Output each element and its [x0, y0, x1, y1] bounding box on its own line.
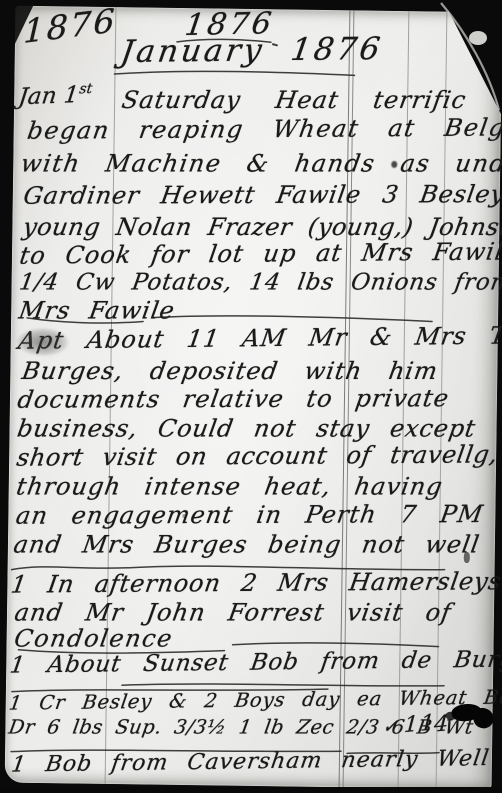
ledger-amount-shillings: 11 [403, 711, 437, 738]
diary-line: with Machine & hands as under [19, 151, 502, 177]
notebook-page: 1876 1876 January 1876 Jan 1st Saturday … [5, 6, 502, 790]
diary-scan: { "document": { "margin_year": "1876", "… [0, 0, 502, 793]
page-month-heading: January 1876 [119, 32, 385, 69]
diary-line: Mrs Fawile [17, 298, 177, 324]
diary-line: through intense heat, having [15, 474, 445, 500]
edge-mark [464, 552, 470, 563]
diary-line: and Mrs Burges being not well [12, 532, 482, 558]
diary-line: Burges, deposited with him [20, 358, 440, 384]
entry-date-label: Jan 1st [17, 82, 93, 111]
ink-speck [391, 161, 397, 168]
diary-line: business, Could not stay except [15, 416, 477, 442]
entry-date-day: Jan 1 [17, 82, 80, 110]
diary-line: Apt About 11 AM Mr & Mrs Tom [17, 322, 502, 354]
ink-blot [446, 712, 458, 720]
diary-line: 1 Bob from Caversham nearly Well — [10, 746, 502, 777]
diary-line: to Cook for lot up at Mrs Fawily [18, 238, 502, 269]
margin-year-heading: 1876 [23, 3, 117, 50]
graphite-smudge [17, 328, 69, 357]
diary-line: Condolence [12, 626, 175, 652]
diary-line: short visit on account of travellg, [15, 441, 500, 471]
diary-line: 1/4 Cw Potatos, 14 lbs Onions from [17, 271, 502, 296]
diary-line: documents relative to private [16, 385, 451, 413]
ledger-line-credit: 1 Cr Besley & 2 Boys day ea Wheat Belgy [8, 686, 502, 714]
ink-speck [182, 514, 186, 518]
diary-line: Saturday Heat terrific [120, 87, 468, 113]
diary-line: an engagement in Perth 7 PM [14, 501, 485, 529]
diary-line: young Nolan Frazer (young,) Johnstn [21, 214, 502, 240]
diary-line: began reaping Wheat at Belgy [26, 114, 502, 144]
diary-line: 1 In afternoon 2 Mrs Hamersleys [9, 568, 502, 598]
diary-line: and Mr John Forrest visit of [13, 600, 454, 626]
ledger-check-mark: ✓ [381, 716, 399, 738]
entry-date-ordinal: st [78, 81, 93, 97]
diary-line: 1 About Sunset Bob from de Burg [8, 648, 502, 679]
diary-line: Gardiner Hewett Fawile 3 Besley [22, 181, 502, 209]
